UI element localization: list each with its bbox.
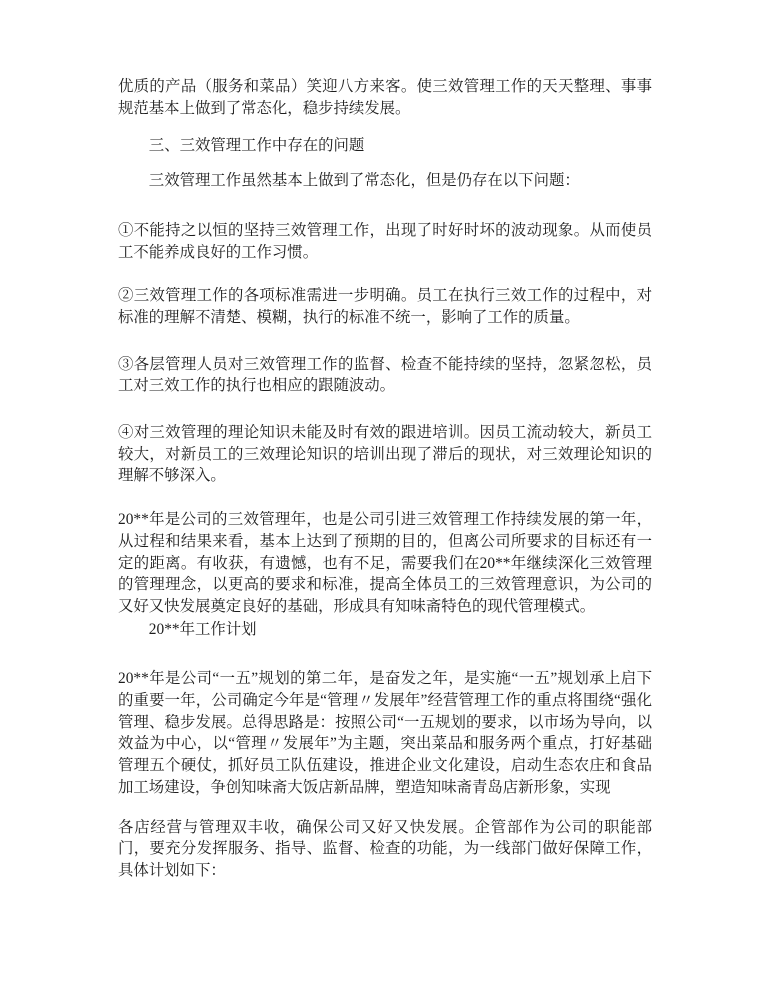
- document-page: 优质的产品（服务和菜品）笑迎八方来客。使三效管理工作的天天整理、事事规范基本上做…: [0, 0, 770, 1000]
- paragraph-year-summary: 20**年是公司的三效管理年，也是公司引进三效管理工作持续发展的第一年，从过程和…: [118, 509, 652, 618]
- heading-section-three-problems: 三、三效管理工作中存在的问题: [118, 135, 652, 157]
- paragraph-plan-goal: 各店经营与管理双丰收，确保公司又好又快发展。企管部作为公司的职能部门，要充分发挥…: [118, 817, 652, 882]
- heading-work-plan: 20**年工作计划: [118, 619, 652, 641]
- paragraph-problem-1: ①不能持之以恒的坚持三效管理工作，出现了时好时坏的波动现象。从而使员工不能养成良…: [118, 220, 652, 263]
- paragraph-problem-3: ③各层管理人员对三效管理工作的监督、检查不能持续的坚持，忽紧忽松，员工对三效工作…: [118, 354, 652, 397]
- paragraph-problem-4: ④对三效管理的理论知识未能及时有效的跟进培训。因员工流动较大，新员工较大，对新员…: [118, 422, 652, 487]
- paragraph-problem-2: ②三效管理工作的各项标准需进一步明确。员工在执行三效工作的过程中，对标准的理解不…: [118, 285, 652, 328]
- paragraph-continuation: 优质的产品（服务和菜品）笑迎八方来客。使三效管理工作的天天整理、事事规范基本上做…: [118, 76, 652, 119]
- paragraph-plan-overview: 20**年是公司“一五”规划的第二年，是奋发之年，是实施“一五”规划承上启下的重…: [118, 668, 652, 798]
- paragraph-problems-intro: 三效管理工作虽然基本上做到了常态化，但是仍存在以下问题：: [118, 170, 652, 192]
